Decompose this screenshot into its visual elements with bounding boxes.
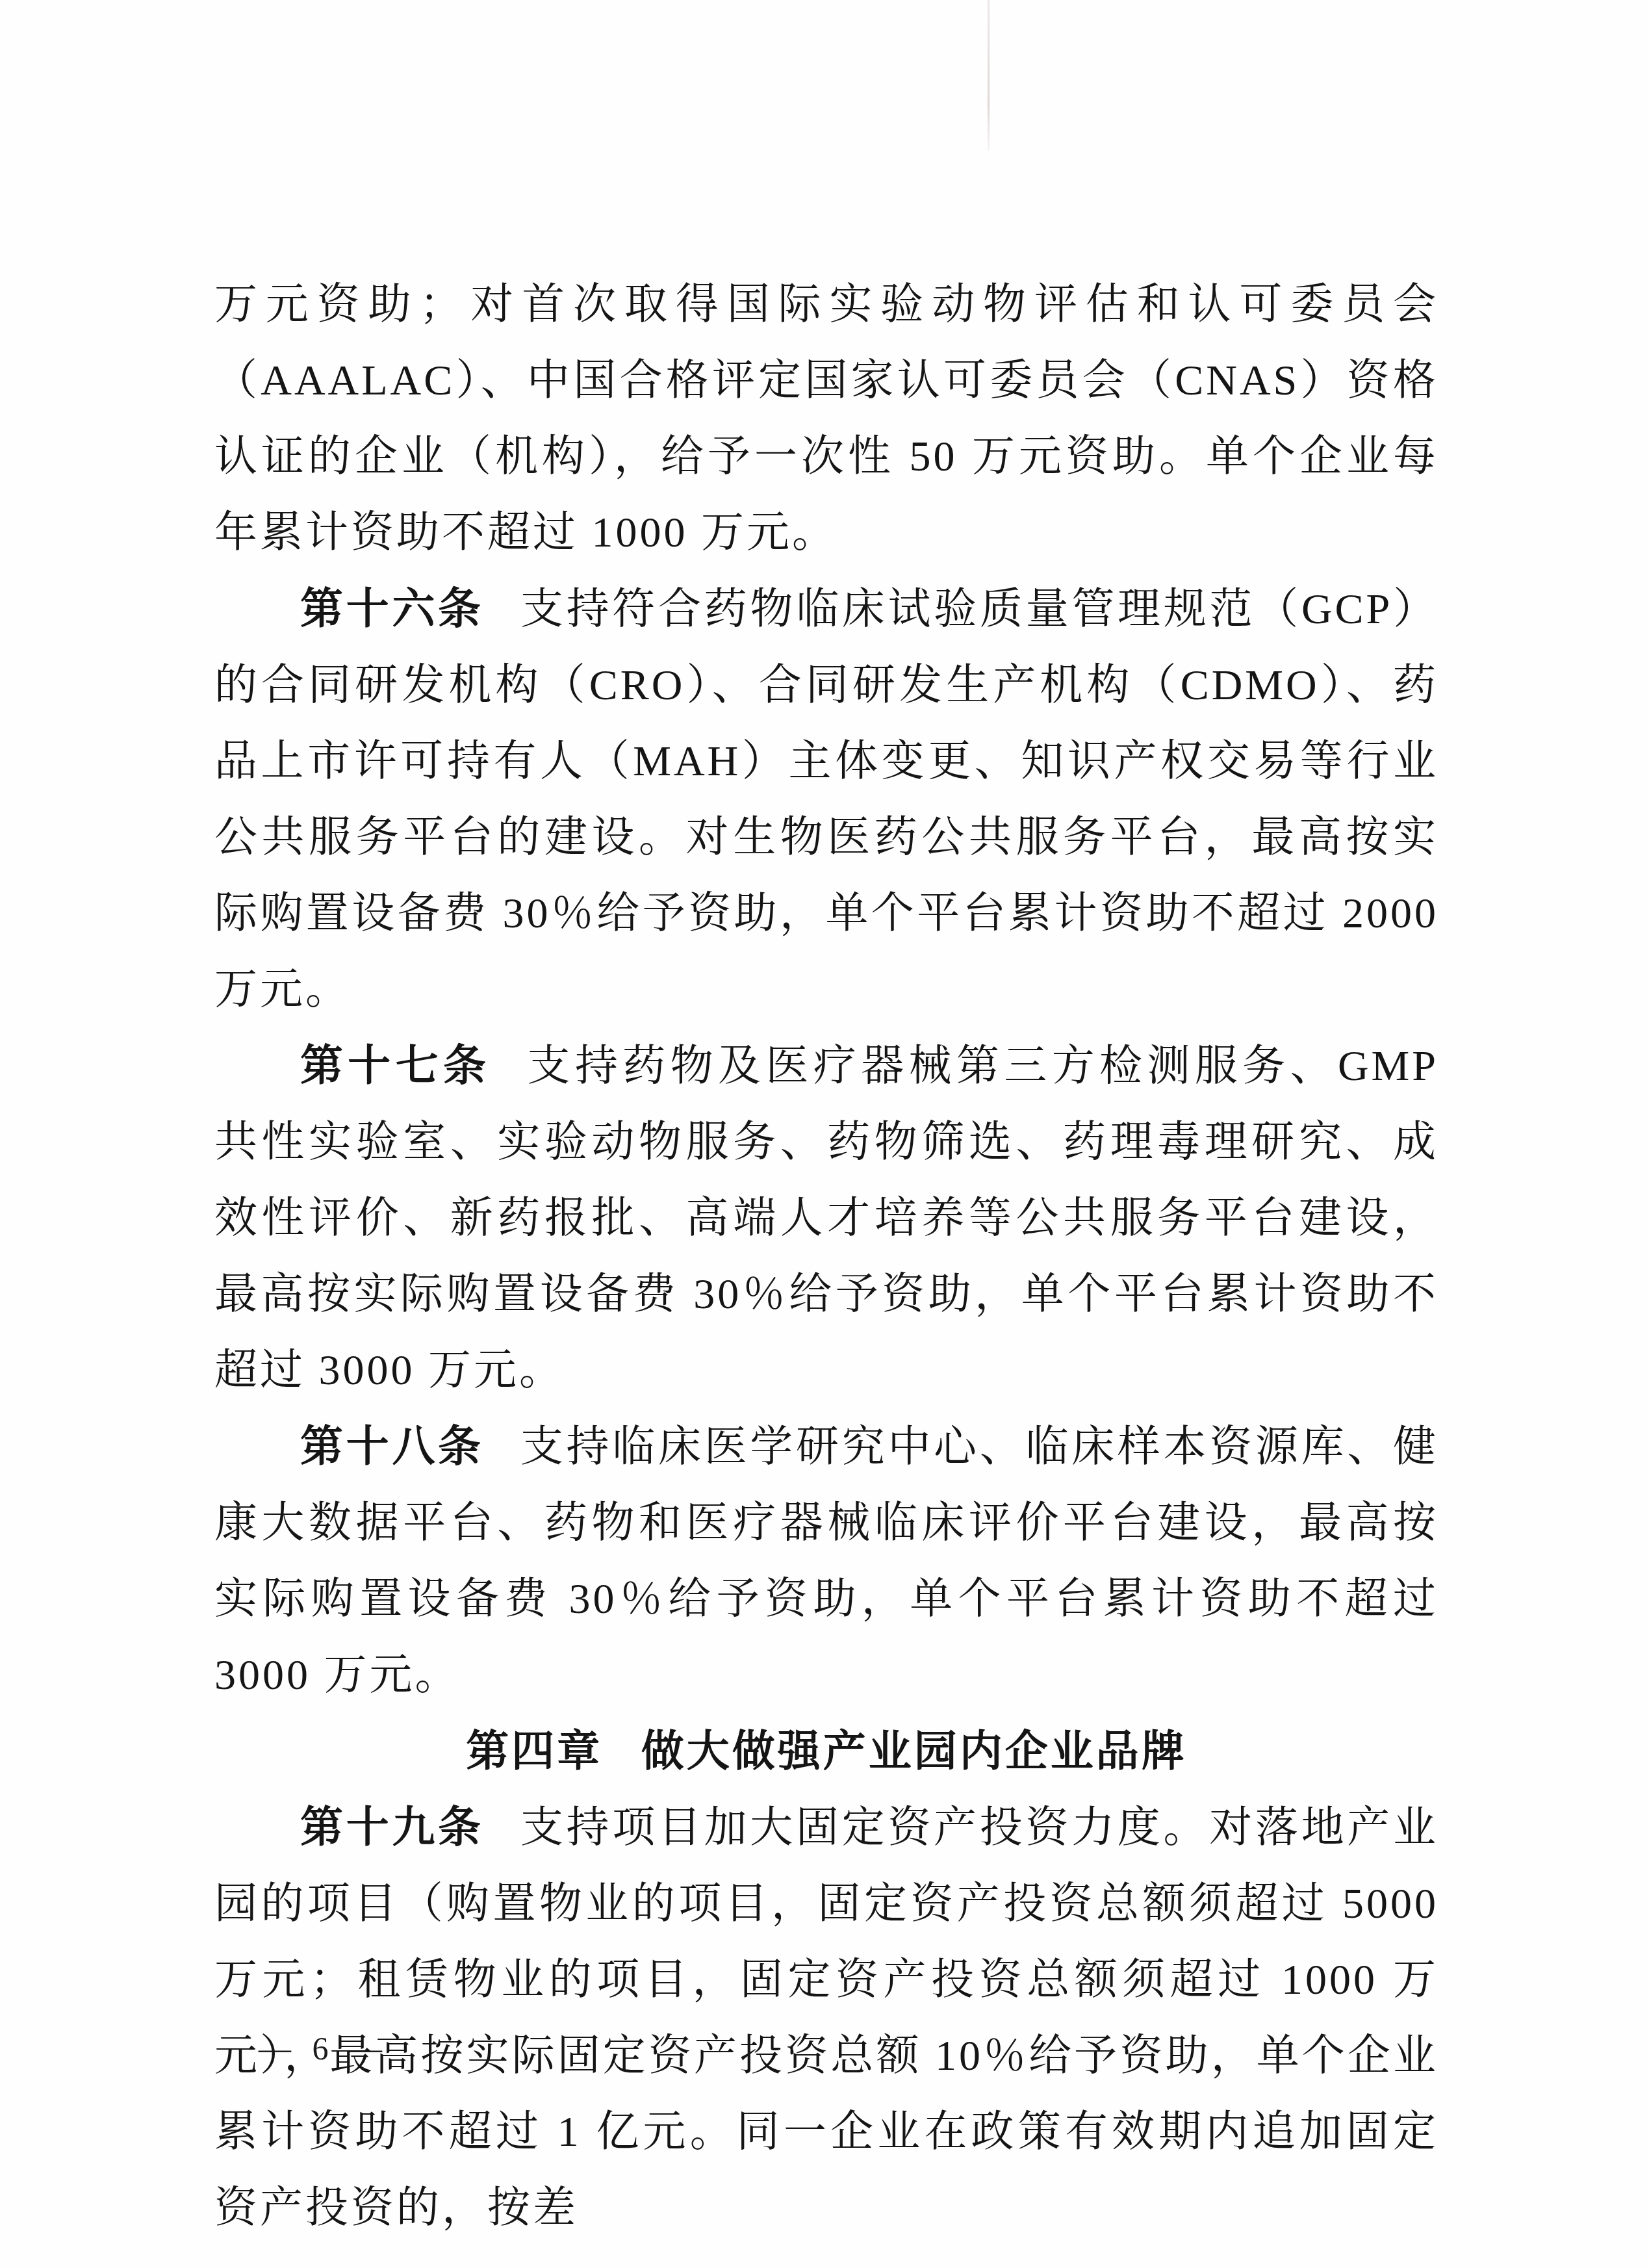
chapter-4-label: 第四章 xyxy=(466,1727,602,1775)
article-17-label: 第十七条 xyxy=(300,1041,491,1089)
article-16: 第十六条支持符合药物临床试验质量管理规范（GCP）的合同研发机构（CRO）、合同… xyxy=(214,571,1438,1027)
page-footer: — 6 — xyxy=(259,2029,389,2068)
page-number: — 6 — xyxy=(259,2030,389,2067)
article-17: 第十七条支持药物及医疗器械第三方检测服务、GMP 共性实验室、实验动物服务、药物… xyxy=(214,1027,1438,1408)
article-17-text: 支持药物及医疗器械第三方检测服务、GMP 共性实验室、实验动物服务、药物筛选、药… xyxy=(214,1042,1438,1394)
chapter-4-heading: 第四章做大做强产业园内企业品牌 xyxy=(214,1713,1438,1789)
article-16-text: 支持符合药物临床试验质量管理规范（GCP）的合同研发机构（CRO）、合同研发生产… xyxy=(214,586,1438,1013)
article-18: 第十八条支持临床医学研究中心、临床样本资源库、健康大数据平台、药物和医疗器械临床… xyxy=(214,1408,1438,1713)
document-page: 万元资助；对首次取得国际实验动物评估和认可委员会（AAALAC）、中国合格评定国… xyxy=(0,0,1649,2268)
article-16-label: 第十六条 xyxy=(300,584,484,632)
scan-artifact-line xyxy=(988,0,990,151)
paragraph-continuation: 万元资助；对首次取得国际实验动物评估和认可委员会（AAALAC）、中国合格评定国… xyxy=(214,266,1438,571)
paragraph-continuation-text: 万元资助；对首次取得国际实验动物评估和认可委员会（AAALAC）、中国合格评定国… xyxy=(214,281,1438,556)
article-18-label: 第十八条 xyxy=(300,1422,484,1470)
document-body: 万元资助；对首次取得国际实验动物评估和认可委员会（AAALAC）、中国合格评定国… xyxy=(214,266,1438,2246)
chapter-4-title: 做大做强产业园内企业品牌 xyxy=(641,1727,1187,1775)
article-19-label: 第十九条 xyxy=(300,1803,484,1851)
article-19-text: 支持项目加大固定资产投资力度。对落地产业园的项目（购置物业的项目，固定资产投资总… xyxy=(214,1804,1438,2232)
article-19: 第十九条支持项目加大固定资产投资力度。对落地产业园的项目（购置物业的项目，固定资… xyxy=(214,1789,1438,2246)
